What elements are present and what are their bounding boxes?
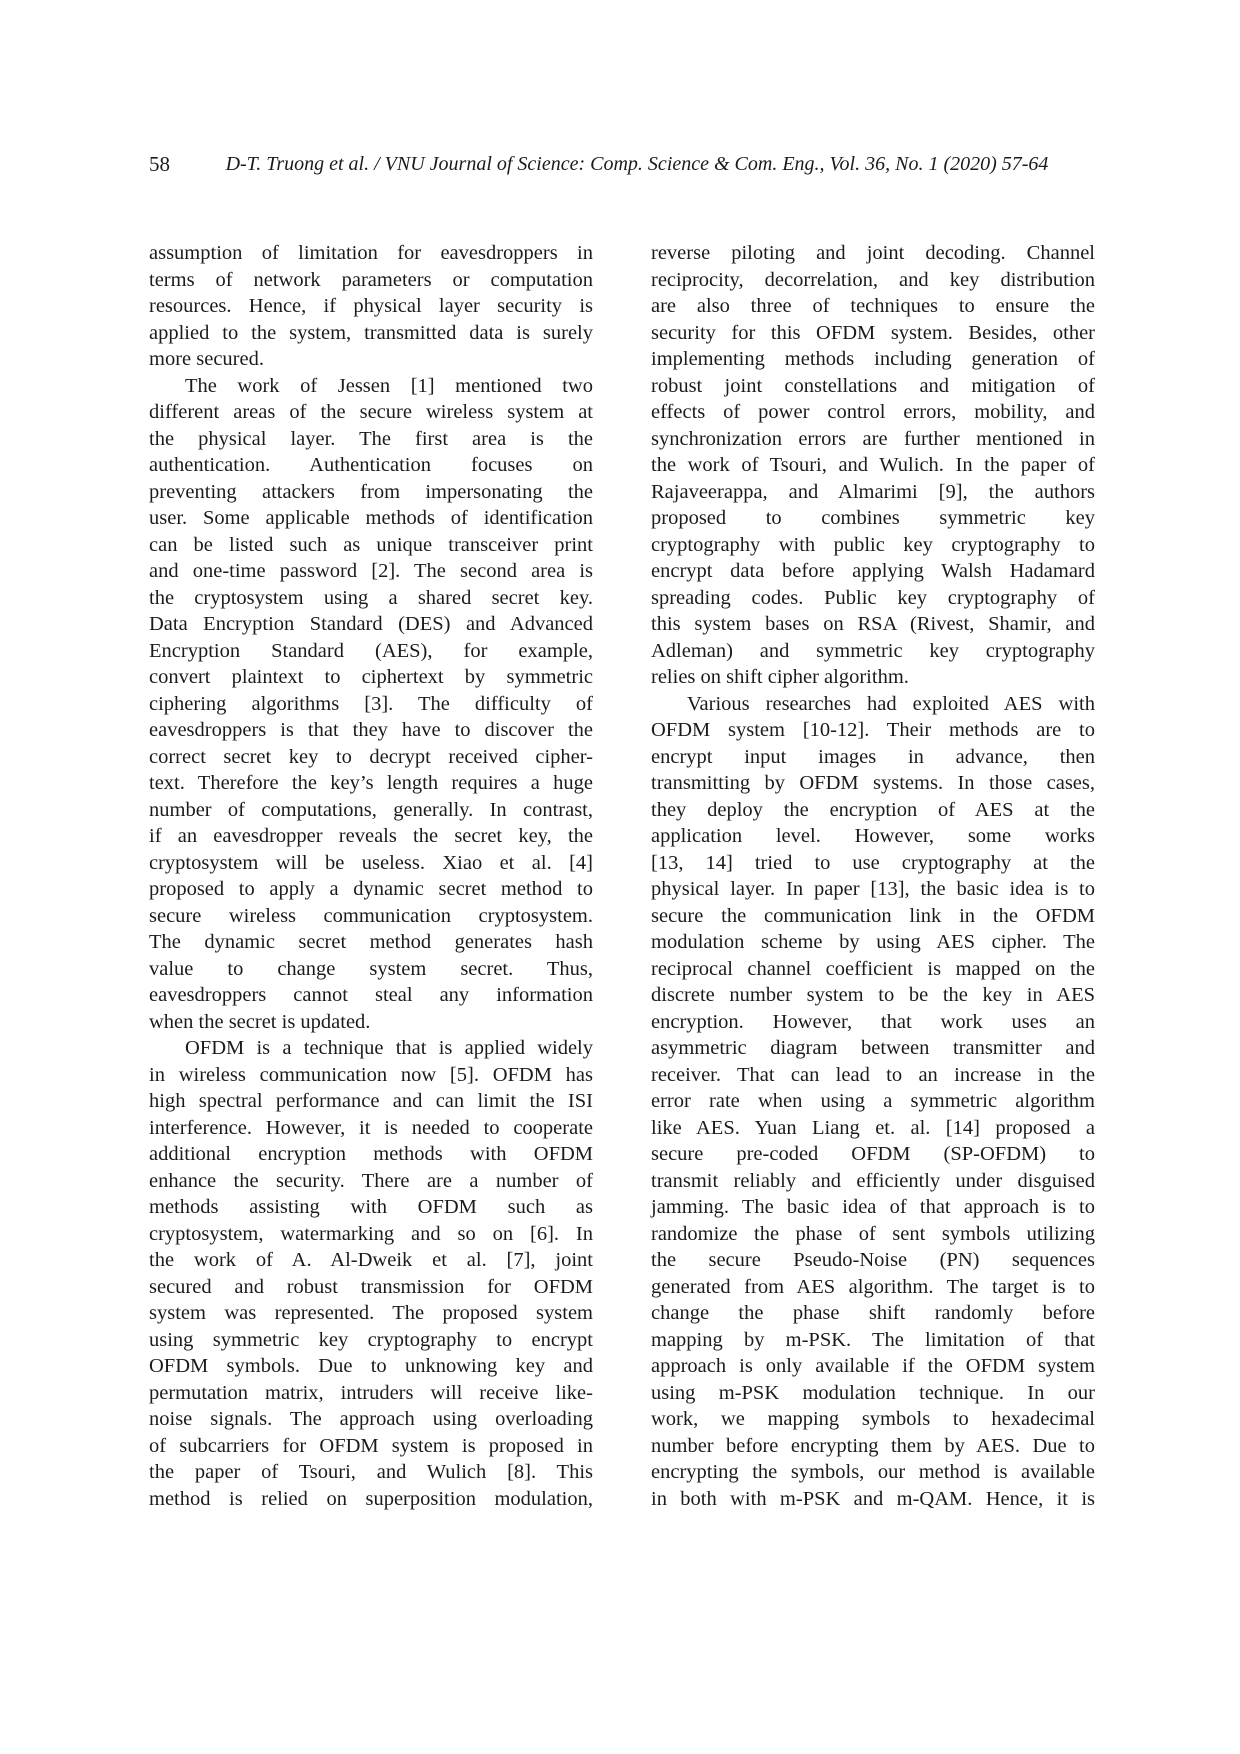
text-line: noise signals. The approach using overlo…	[149, 1406, 593, 1433]
text-line: of subcarriers for OFDM system is propos…	[149, 1433, 593, 1460]
text-line: secure wireless communication cryptosyst…	[149, 903, 593, 930]
text-line: generated from AES algorithm. The target…	[651, 1274, 1095, 1301]
text-line: convert plaintext to ciphertext by symme…	[149, 664, 593, 691]
text-line: Rajaveerappa, and Almarimi [9], the auth…	[651, 479, 1095, 506]
text-line: in wireless communication now [5]. OFDM …	[149, 1062, 593, 1089]
text-line: physical layer. In paper [13], the basic…	[651, 876, 1095, 903]
text-line: when the secret is updated.	[149, 1009, 593, 1036]
paragraph: The work of Jessen [1] mentioned twodiff…	[149, 373, 593, 1036]
text-line: reciprocal channel coefficient is mapped…	[651, 956, 1095, 983]
text-line: encrypt data before applying Walsh Hadam…	[651, 558, 1095, 585]
text-line: effects of power control errors, mobilit…	[651, 399, 1095, 426]
text-line: system was represented. The proposed sys…	[149, 1300, 593, 1327]
text-line: modulation scheme by using AES cipher. T…	[651, 929, 1095, 956]
text-line: number before encrypting them by AES. Du…	[651, 1433, 1095, 1460]
text-line: proposed to combines symmetric key	[651, 505, 1095, 532]
text-line: OFDM symbols. Due to unknowing key and	[149, 1353, 593, 1380]
text-line: randomize the phase of sent symbols util…	[651, 1221, 1095, 1248]
text-line: value to change system secret. Thus,	[149, 956, 593, 983]
text-line: implementing methods including generatio…	[651, 346, 1095, 373]
text-line: enhance the security. There are a number…	[149, 1168, 593, 1195]
text-line: interference. However, it is needed to c…	[149, 1115, 593, 1142]
text-line: approach is only available if the OFDM s…	[651, 1353, 1095, 1380]
text-line: transmit reliably and efficiently under …	[651, 1168, 1095, 1195]
text-line: robust joint constellations and mitigati…	[651, 373, 1095, 400]
text-line: encryption. However, that work uses an	[651, 1009, 1095, 1036]
text-line: change the phase shift randomly before	[651, 1300, 1095, 1327]
text-line: encrypt input images in advance, then	[651, 744, 1095, 771]
text-line: Adleman) and symmetric key cryptography	[651, 638, 1095, 665]
text-line: proposed to apply a dynamic secret metho…	[149, 876, 593, 903]
text-line: authentication. Authentication focuses o…	[149, 452, 593, 479]
text-line: asymmetric diagram between transmitter a…	[651, 1035, 1095, 1062]
text-line: reverse piloting and joint decoding. Cha…	[651, 240, 1095, 267]
text-line: discrete number system to be the key in …	[651, 982, 1095, 1009]
text-line: secure pre-coded OFDM (SP-OFDM) to	[651, 1141, 1095, 1168]
text-line: if an eavesdropper reveals the secret ke…	[149, 823, 593, 850]
text-line: the secure Pseudo-Noise (PN) sequences	[651, 1247, 1095, 1274]
paragraph: Various researches had exploited AES wit…	[651, 691, 1095, 1513]
text-line: OFDM is a technique that is applied wide…	[149, 1035, 593, 1062]
text-line: preventing attackers from impersonating …	[149, 479, 593, 506]
text-line: additional encryption methods with OFDM	[149, 1141, 593, 1168]
text-line: more secured.	[149, 346, 593, 373]
text-line: spreading codes. Public key cryptography…	[651, 585, 1095, 612]
text-line: text. Therefore the key’s length require…	[149, 770, 593, 797]
text-line: cryptosystem will be useless. Xiao et al…	[149, 850, 593, 877]
text-line: the physical layer. The first area is th…	[149, 426, 593, 453]
text-line: security for this OFDM system. Besides, …	[651, 320, 1095, 347]
text-line: transmitting by OFDM systems. In those c…	[651, 770, 1095, 797]
text-line: using symmetric key cryptography to encr…	[149, 1327, 593, 1354]
text-body: assumption of limitation for eavesdroppe…	[149, 240, 1095, 1512]
text-line: ciphering algorithms [3]. The difficulty…	[149, 691, 593, 718]
text-line: work, we mapping symbols to hexadecimal	[651, 1406, 1095, 1433]
text-line: mapping by m-PSK. The limitation of that	[651, 1327, 1095, 1354]
text-line: the work of Tsouri, and Wulich. In the p…	[651, 452, 1095, 479]
text-line: Data Encryption Standard (DES) and Advan…	[149, 611, 593, 638]
text-line: Encryption Standard (AES), for example,	[149, 638, 593, 665]
text-line: eavesdroppers is that they have to disco…	[149, 717, 593, 744]
page-header: 58 D-T. Truong et al. / VNU Journal of S…	[149, 152, 1095, 180]
text-line: resources. Hence, if physical layer secu…	[149, 293, 593, 320]
text-line: and one-time password [2]. The second ar…	[149, 558, 593, 585]
text-line: The work of Jessen [1] mentioned two	[149, 373, 593, 400]
text-line: can be listed such as unique transceiver…	[149, 532, 593, 559]
text-line: cryptography with public key cryptograph…	[651, 532, 1095, 559]
text-line: assumption of limitation for eavesdroppe…	[149, 240, 593, 267]
text-line: secure the communication link in the OFD…	[651, 903, 1095, 930]
text-line: user. Some applicable methods of identif…	[149, 505, 593, 532]
paragraph: reverse piloting and joint decoding. Cha…	[651, 240, 1095, 691]
text-line: secured and robust transmission for OFDM	[149, 1274, 593, 1301]
text-line: terms of network parameters or computati…	[149, 267, 593, 294]
text-line: method is relied on superposition modula…	[149, 1486, 593, 1513]
text-line: different areas of the secure wireless s…	[149, 399, 593, 426]
text-line: the paper of Tsouri, and Wulich [8]. Thi…	[149, 1459, 593, 1486]
text-line: number of computations, generally. In co…	[149, 797, 593, 824]
text-line: are also three of techniques to ensure t…	[651, 293, 1095, 320]
text-line: applied to the system, transmitted data …	[149, 320, 593, 347]
text-line: the work of A. Al-Dweik et al. [7], join…	[149, 1247, 593, 1274]
text-line: error rate when using a symmetric algori…	[651, 1088, 1095, 1115]
text-column-right: reverse piloting and joint decoding. Cha…	[651, 240, 1095, 1512]
text-line: high spectral performance and can limit …	[149, 1088, 593, 1115]
text-line: in both with m-PSK and m-QAM. Hence, it …	[651, 1486, 1095, 1513]
text-line: synchronization errors are further menti…	[651, 426, 1095, 453]
text-line: jamming. The basic idea of that approach…	[651, 1194, 1095, 1221]
text-line: using m-PSK modulation technique. In our	[651, 1380, 1095, 1407]
text-line: cryptosystem, watermarking and so on [6]…	[149, 1221, 593, 1248]
text-line: like AES. Yuan Liang et. al. [14] propos…	[651, 1115, 1095, 1142]
text-line: encrypting the symbols, our method is av…	[651, 1459, 1095, 1486]
running-head: D-T. Truong et al. / VNU Journal of Scie…	[164, 153, 1110, 176]
text-line: they deploy the encryption of AES at the	[651, 797, 1095, 824]
text-line: receiver. That can lead to an increase i…	[651, 1062, 1095, 1089]
text-line: methods assisting with OFDM such as	[149, 1194, 593, 1221]
text-line: application level. However, some works	[651, 823, 1095, 850]
text-line: The dynamic secret method generates hash	[149, 929, 593, 956]
text-line: the cryptosystem using a shared secret k…	[149, 585, 593, 612]
text-line: Various researches had exploited AES wit…	[651, 691, 1095, 718]
text-column-left: assumption of limitation for eavesdroppe…	[149, 240, 593, 1512]
text-line: relies on shift cipher algorithm.	[651, 664, 1095, 691]
paragraph: assumption of limitation for eavesdroppe…	[149, 240, 593, 373]
text-line: eavesdroppers cannot steal any informati…	[149, 982, 593, 1009]
text-line: [13, 14] tried to use cryptography at th…	[651, 850, 1095, 877]
paragraph: OFDM is a technique that is applied wide…	[149, 1035, 593, 1512]
text-line: OFDM system [10-12]. Their methods are t…	[651, 717, 1095, 744]
text-line: reciprocity, decorrelation, and key dist…	[651, 267, 1095, 294]
paper-page: { "header": { "page_number": "58", "runn…	[0, 0, 1240, 1754]
text-line: permutation matrix, intruders will recei…	[149, 1380, 593, 1407]
text-line: correct secret key to decrypt received c…	[149, 744, 593, 771]
text-line: this system bases on RSA (Rivest, Shamir…	[651, 611, 1095, 638]
